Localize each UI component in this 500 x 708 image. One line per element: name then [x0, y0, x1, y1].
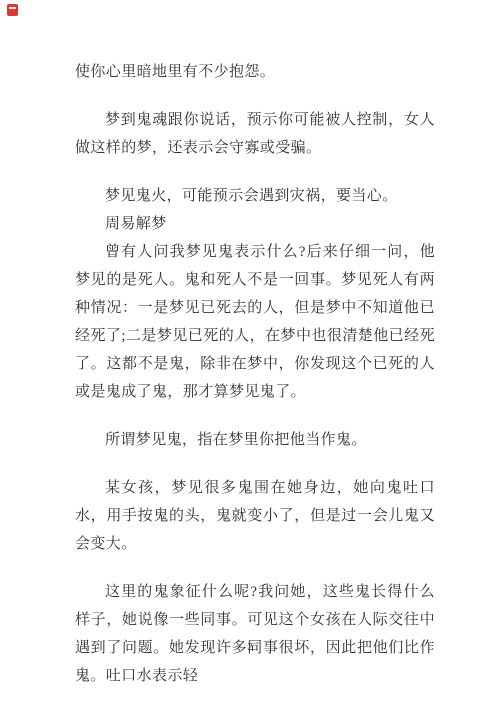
page-number: 2	[0, 641, 500, 655]
paragraph: 使你心里暗地里有不少抱怨。	[75, 58, 435, 86]
paragraph: 这里的鬼象征什么呢?我问她，这些鬼长得什么样子，她说像一些同事。可见这个女孩在人…	[75, 578, 435, 690]
paragraph: 梦见鬼火，可能预示会遇到灾祸，要当心。	[75, 182, 435, 210]
paragraph: 曾有人问我梦见鬼表示什么?后来仔细一问，他梦见的是死人。鬼和死人不是一回事。梦见…	[75, 238, 435, 406]
red-corner-mark-icon	[7, 4, 18, 16]
paragraph: 所谓梦见鬼，指在梦里你把他当作鬼。	[75, 426, 435, 454]
document-page: 使你心里暗地里有不少抱怨。梦到鬼魂跟你说话，预示你可能被人控制，女人做这样的梦，…	[0, 0, 500, 708]
paragraph: 周易解梦	[75, 210, 435, 238]
paragraph: 梦到鬼魂跟你说话，预示你可能被人控制，女人做这样的梦，还表示会守寡或受骗。	[75, 106, 435, 162]
paragraph: 某女孩，梦见很多鬼围在她身边，她向鬼吐口水，用手按鬼的头，鬼就变小了，但是过一会…	[75, 474, 435, 558]
document-body-text: 使你心里暗地里有不少抱怨。梦到鬼魂跟你说话，预示你可能被人控制，女人做这样的梦，…	[75, 58, 435, 690]
